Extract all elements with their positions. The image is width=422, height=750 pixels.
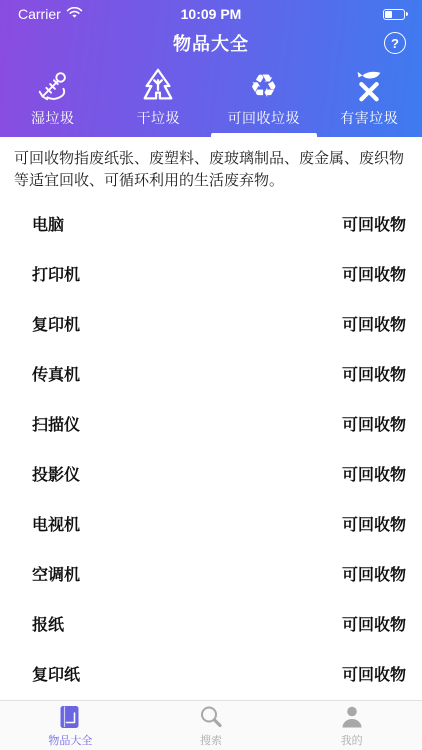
item-name: 投影仪 — [32, 462, 80, 485]
item-category: 可回收物 — [342, 212, 406, 235]
tab-search[interactable]: 搜索 — [141, 701, 282, 750]
item-category: 可回收物 — [342, 262, 406, 285]
list-item[interactable]: 扫描仪 可回收物 — [0, 398, 422, 448]
tab-label: 我的 — [341, 732, 363, 748]
item-category: 可回收物 — [342, 612, 406, 635]
item-category: 可回收物 — [342, 662, 406, 685]
item-name: 复印纸 — [32, 662, 80, 685]
category-tabs: 湿垃圾 干垃圾 ♻ 可回收垃圾 — [0, 62, 422, 137]
wet-waste-icon — [34, 66, 72, 106]
item-name: 电脑 — [32, 212, 64, 235]
dry-waste-icon — [139, 66, 177, 106]
bottom-tab-bar: 物品大全 搜索 我的 — [0, 700, 422, 750]
book-icon — [57, 704, 83, 730]
item-category: 可回收物 — [342, 562, 406, 585]
tab-label: 湿垃圾 — [31, 108, 75, 128]
item-name: 空调机 — [32, 562, 80, 585]
app-header: 10:09 PM Carrier 物品大全 ? — [0, 0, 422, 137]
item-category: 可回收物 — [342, 462, 406, 485]
item-list: 电脑 可回收物 打印机 可回收物 复印机 可回收物 传真机 可回收物 扫描仪 可… — [0, 198, 422, 698]
help-button[interactable]: ? — [384, 32, 406, 54]
item-category: 可回收物 — [342, 312, 406, 335]
tab-recyclable-waste[interactable]: ♻ 可回收垃圾 — [211, 62, 317, 137]
item-name: 复印机 — [32, 312, 80, 335]
question-mark-icon: ? — [391, 36, 399, 51]
battery-icon — [383, 9, 408, 20]
tab-profile[interactable]: 我的 — [281, 701, 422, 750]
nav-bar: 物品大全 ? — [0, 24, 422, 62]
tab-label: 有害垃圾 — [340, 108, 398, 128]
list-item[interactable]: 报纸 可回收物 — [0, 598, 422, 648]
category-description: 可回收物指废纸张、废塑料、废玻璃制品、废金属、废织物等适宜回收、可循环利用的生活… — [0, 137, 422, 192]
list-item[interactable]: 投影仪 可回收物 — [0, 448, 422, 498]
item-category: 可回收物 — [342, 412, 406, 435]
recyclable-waste-icon: ♻ — [249, 66, 278, 106]
page-title: 物品大全 — [173, 30, 249, 56]
tab-label: 干垃圾 — [137, 108, 181, 128]
item-name: 传真机 — [32, 362, 80, 385]
tab-label: 物品大全 — [48, 732, 92, 748]
item-category: 可回收物 — [342, 362, 406, 385]
item-name: 电视机 — [32, 512, 80, 535]
list-item[interactable]: 打印机 可回收物 — [0, 248, 422, 298]
item-name: 打印机 — [32, 262, 80, 285]
search-icon — [198, 704, 224, 730]
list-item[interactable]: 电视机 可回收物 — [0, 498, 422, 548]
tab-items-catalog[interactable]: 物品大全 — [0, 701, 141, 750]
list-item[interactable]: 复印纸 可回收物 — [0, 648, 422, 698]
wifi-icon — [66, 6, 83, 22]
item-category: 可回收物 — [342, 512, 406, 535]
harmful-waste-icon — [350, 66, 388, 106]
carrier-label: Carrier — [18, 6, 61, 22]
tab-label: 可回收垃圾 — [228, 108, 301, 128]
status-bar: 10:09 PM Carrier — [0, 0, 422, 24]
tab-dry-waste[interactable]: 干垃圾 — [106, 62, 212, 137]
list-item[interactable]: 空调机 可回收物 — [0, 548, 422, 598]
tab-wet-waste[interactable]: 湿垃圾 — [0, 62, 106, 137]
list-item[interactable]: 电脑 可回收物 — [0, 198, 422, 248]
item-name: 扫描仪 — [32, 412, 80, 435]
profile-icon — [339, 704, 365, 730]
tab-harmful-waste[interactable]: 有害垃圾 — [317, 62, 422, 137]
active-tab-indicator — [211, 133, 317, 137]
list-item[interactable]: 复印机 可回收物 — [0, 298, 422, 348]
item-name: 报纸 — [32, 612, 64, 635]
tab-label: 搜索 — [200, 732, 222, 748]
list-item[interactable]: 传真机 可回收物 — [0, 348, 422, 398]
